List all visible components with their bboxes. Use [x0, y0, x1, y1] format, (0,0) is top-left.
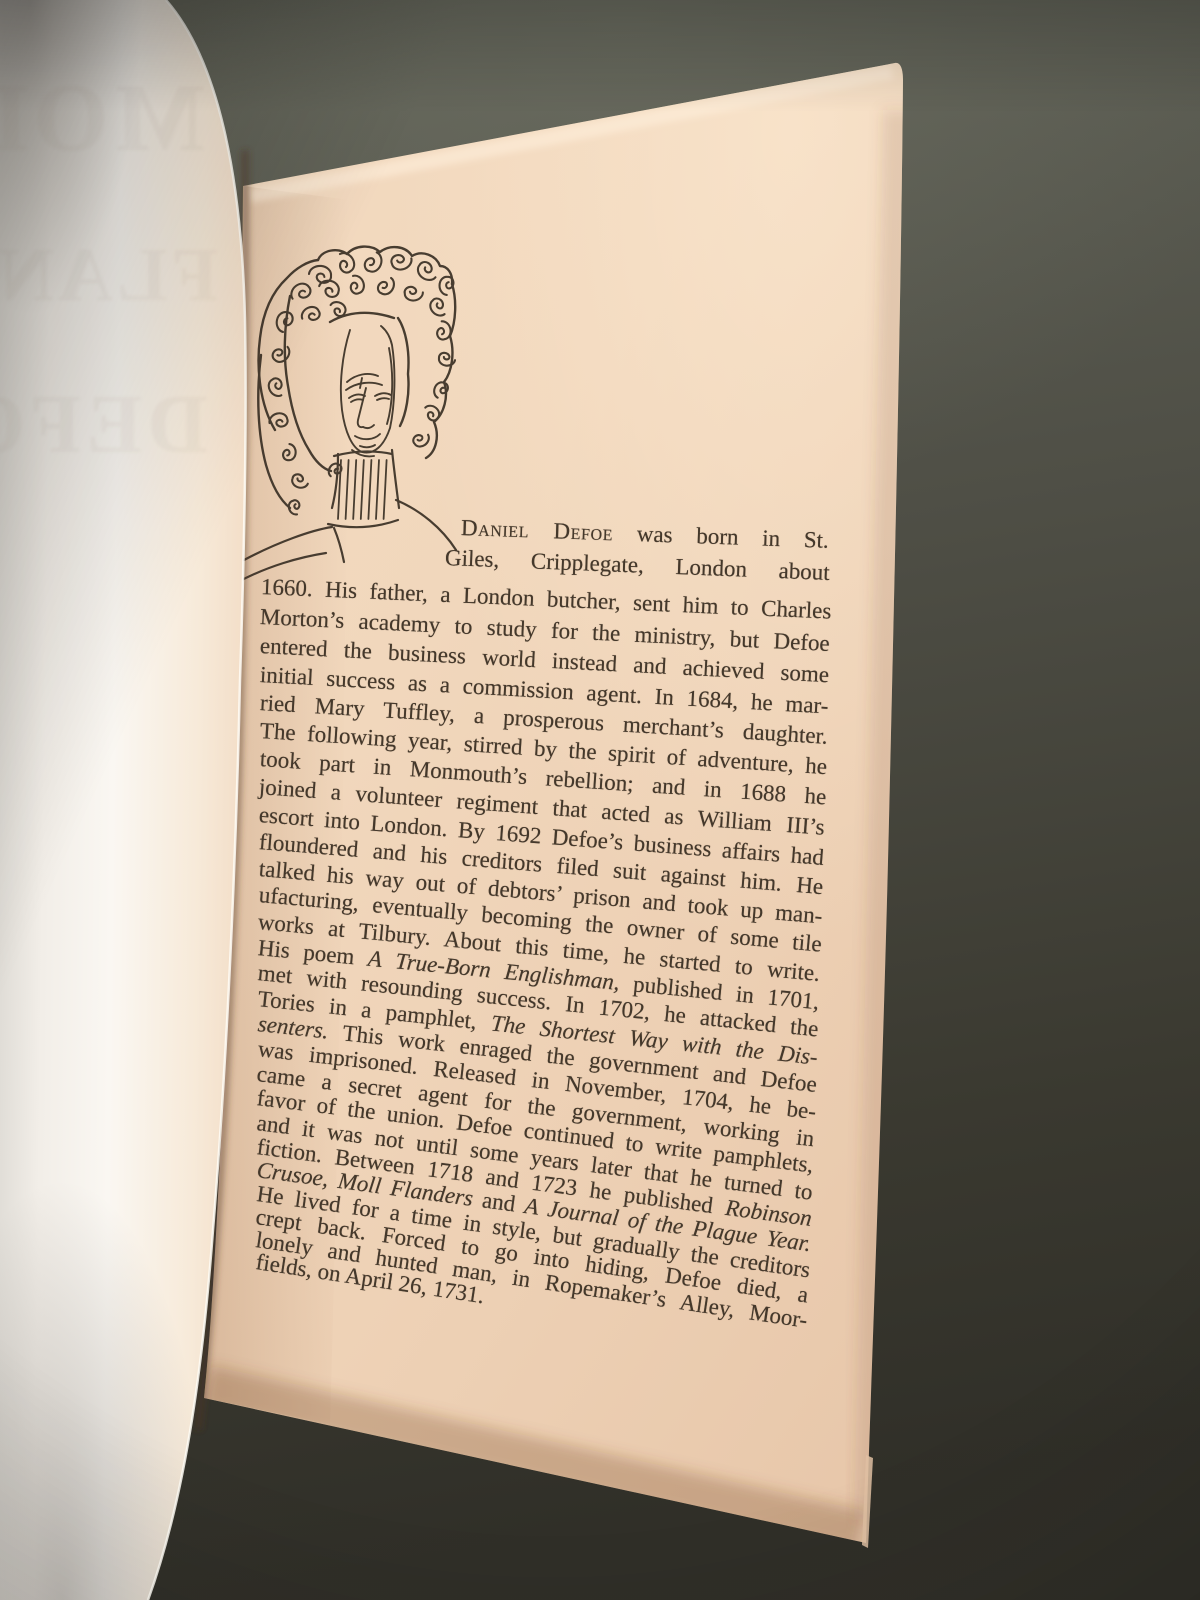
showthrough-lettering: MOLL FLANDERS DEFOE — [0, 64, 218, 471]
showthrough-word: FLANDERS — [0, 233, 218, 317]
showthrough-word: DEFOE — [0, 378, 208, 471]
book-photo-graphics: MOLL FLANDERS DEFOE — [0, 0, 1200, 1600]
book-photo: MOLL FLANDERS DEFOE Daniel Defoe was bor… — [0, 0, 1200, 1600]
showthrough-word: MOLL — [0, 64, 205, 171]
right-page-shading — [200, 40, 920, 1560]
